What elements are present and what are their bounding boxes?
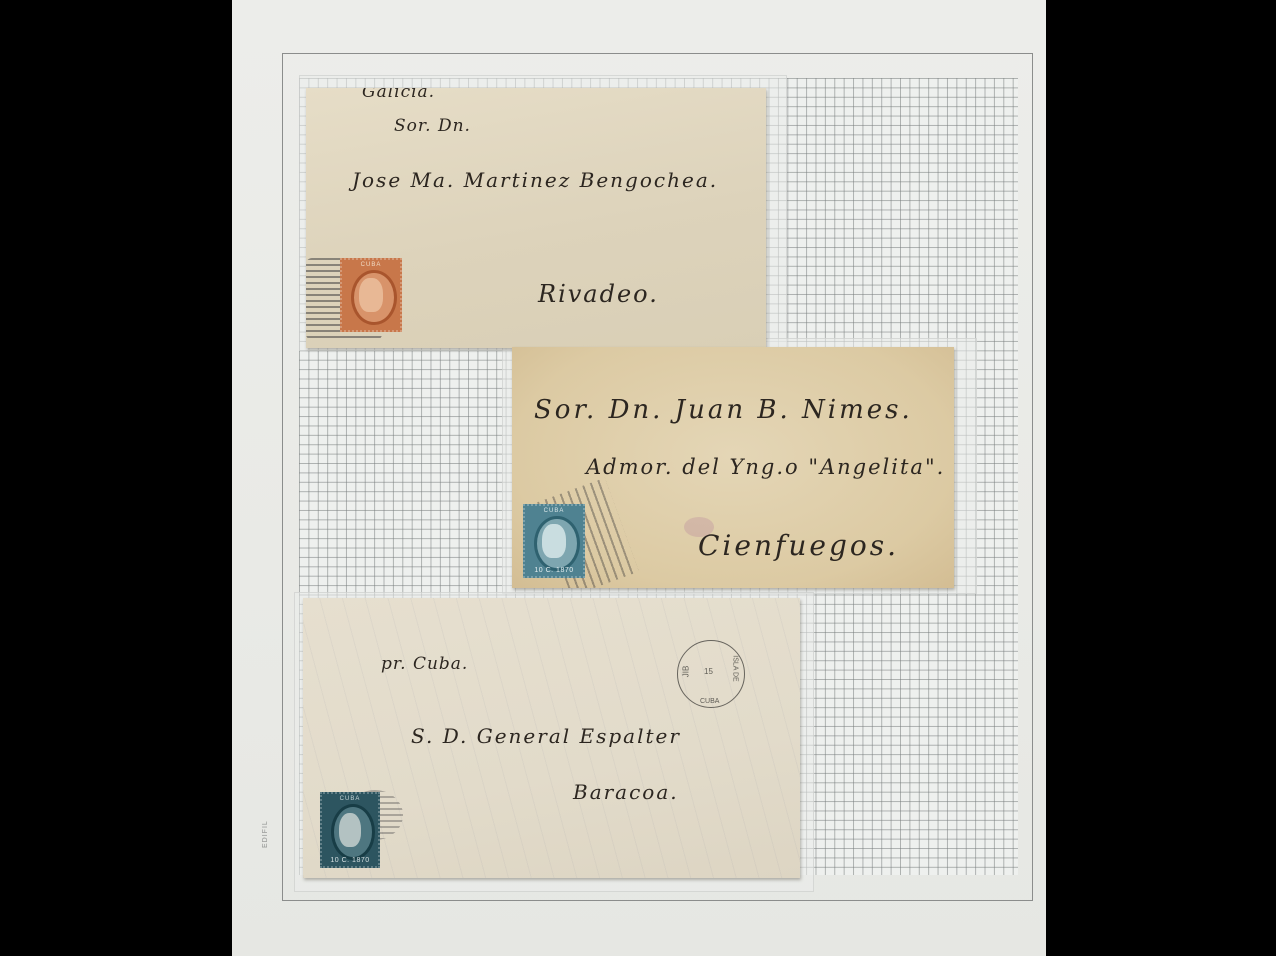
address-line: Baracoa. — [573, 780, 679, 804]
stamp-portrait — [542, 524, 565, 558]
address-line: S. D. General Espalter — [411, 724, 681, 748]
cover-cienfuegos: Sor. Dn. Juan B. Nimes. Admor. del Yng.o… — [512, 347, 954, 588]
address-line: Galicia. — [362, 88, 435, 102]
album-imprint: EDIFIL — [262, 820, 269, 848]
stamp-country: CUBA — [322, 796, 378, 802]
circular-datestamp: JIB ISLA DE 15 CUBA — [677, 640, 745, 708]
address-line: Admor. del Yng.o "Angelita". — [586, 455, 945, 479]
address-line: Sor. Dn. Juan B. Nimes. — [534, 395, 913, 425]
stamp-orange: CUBA — [340, 258, 402, 332]
stamp-portrait — [359, 278, 382, 312]
stamp-value: 10 C. 1870 — [322, 857, 378, 864]
address-line: Cienfuegos. — [698, 529, 899, 562]
cover-baracoa: pr. Cuba. S. D. General Espalter Baracoa… — [303, 598, 800, 878]
cover-rivadeo: Galicia. Sor. Dn. Jose Ma. Martinez Beng… — [306, 88, 766, 348]
ink-stain — [684, 517, 714, 537]
stamp-country: CUBA — [342, 262, 400, 268]
address-line: Sor. Dn. — [394, 116, 471, 136]
stamp-portrait — [339, 813, 361, 848]
stamp-country: CUBA — [525, 508, 583, 514]
stamp-value: 10 C. 1870 — [525, 567, 583, 574]
stamp-dark-blue: CUBA 10 C. 1870 — [320, 792, 380, 868]
stamp-blue: CUBA 10 C. 1870 — [523, 504, 585, 578]
address-line: Rivadeo. — [538, 280, 659, 308]
address-line: pr. Cuba. — [381, 654, 468, 674]
address-line: Jose Ma. Martinez Bengochea. — [352, 168, 718, 192]
